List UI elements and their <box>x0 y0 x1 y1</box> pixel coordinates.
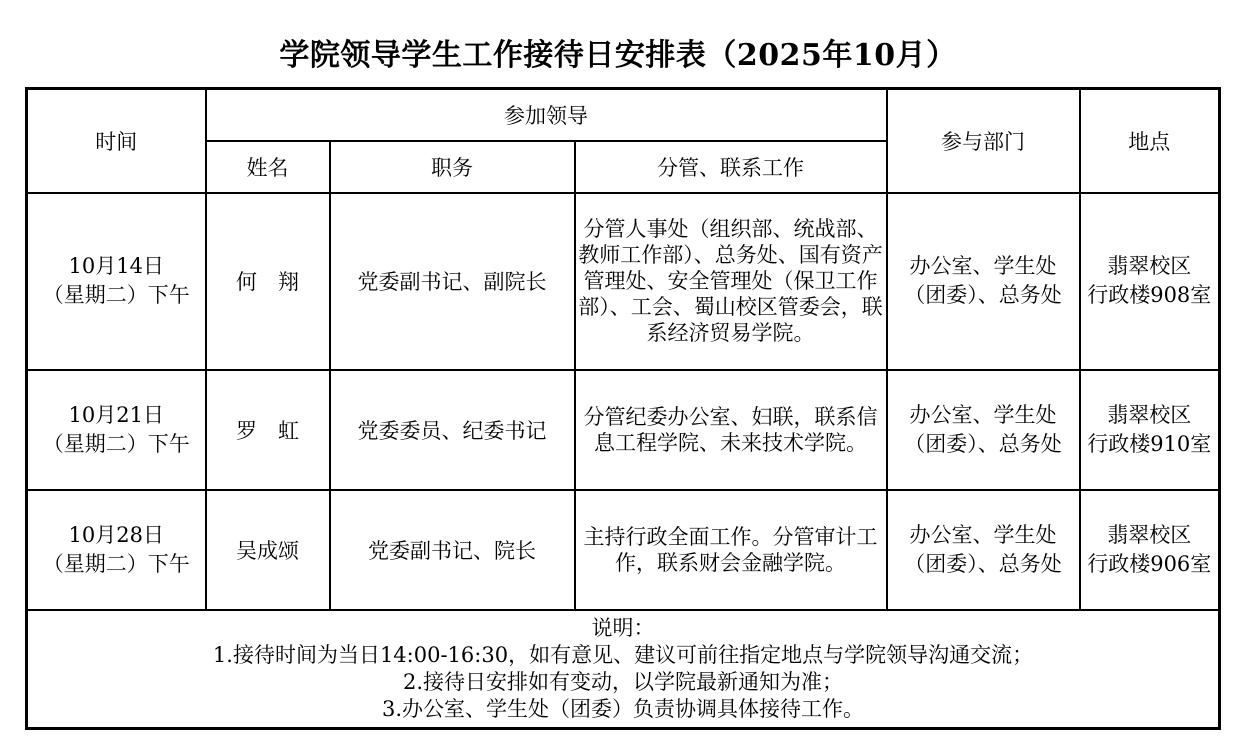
header-location: 地点 <box>1080 89 1220 193</box>
departments-cell: 办公室、学生处 （团委）、总务处 <box>887 193 1080 370</box>
notes-row: 说明： 1.接待时间为当日14:00-16:30，如有意见、建议可前往指定地点与… <box>27 610 1220 729</box>
leader-duties: 主持行政全面工作。分管审计工作，联系财会金融学院。 <box>575 490 887 610</box>
header-name: 姓名 <box>206 141 330 193</box>
location-room: 行政楼910室 <box>1083 430 1217 459</box>
weekday-text: （星期二）下午 <box>30 550 203 579</box>
leader-position: 党委副书记、院长 <box>330 490 575 610</box>
departments-line: 办公室、学生处 <box>890 252 1077 281</box>
departments-line: （团委）、总务处 <box>890 281 1077 310</box>
time-cell: 10月28日 （星期二）下午 <box>27 490 206 610</box>
note-item: 3.办公室、学生处（团委）负责协调具体接待工作。 <box>30 696 1216 723</box>
departments-line: 办公室、学生处 <box>890 401 1077 430</box>
leader-name: 何 翔 <box>206 193 330 370</box>
location-cell: 翡翠校区 行政楼910室 <box>1080 370 1220 490</box>
table-row: 10月14日 （星期二）下午 何 翔 党委副书记、副院长 分管人事处（组织部、统… <box>27 193 1220 370</box>
departments-cell: 办公室、学生处 （团委）、总务处 <box>887 370 1080 490</box>
leader-position: 党委委员、纪委书记 <box>330 370 575 490</box>
leader-duties: 分管人事处（组织部、统战部、教师工作部）、总务处、国有资产管理处、安全管理处（保… <box>575 193 887 370</box>
departments-line: 办公室、学生处 <box>890 521 1077 550</box>
departments-cell: 办公室、学生处 （团委）、总务处 <box>887 490 1080 610</box>
location-room: 行政楼908室 <box>1083 281 1217 310</box>
note-item: 2.接待日安排如有变动，以学院最新通知为准； <box>30 669 1216 696</box>
document-page: 学院领导学生工作接待日安排表（2025年10月） 时间 参加领导 参与部门 地点… <box>0 0 1236 750</box>
date-text: 10月28日 <box>30 521 203 550</box>
location-campus: 翡翠校区 <box>1083 252 1217 281</box>
notes-label: 说明： <box>30 615 1216 642</box>
leader-duties: 分管纪委办公室、妇联，联系信息工程学院、未来技术学院。 <box>575 370 887 490</box>
time-cell: 10月14日 （星期二）下午 <box>27 193 206 370</box>
header-time: 时间 <box>27 89 206 193</box>
weekday-text: （星期二）下午 <box>30 281 203 310</box>
departments-line: （团委）、总务处 <box>890 550 1077 579</box>
weekday-text: （星期二）下午 <box>30 430 203 459</box>
leader-position: 党委副书记、副院长 <box>330 193 575 370</box>
reception-schedule-table: 时间 参加领导 参与部门 地点 姓名 职务 分管、联系工作 10月14日 （星期… <box>25 87 1221 730</box>
leader-name: 罗 虹 <box>206 370 330 490</box>
time-cell: 10月21日 （星期二）下午 <box>27 370 206 490</box>
header-departments: 参与部门 <box>887 89 1080 193</box>
table-row: 10月21日 （星期二）下午 罗 虹 党委委员、纪委书记 分管纪委办公室、妇联，… <box>27 370 1220 490</box>
header-duties: 分管、联系工作 <box>575 141 887 193</box>
leader-name: 吴成颂 <box>206 490 330 610</box>
header-row-top: 时间 参加领导 参与部门 地点 <box>27 89 1220 141</box>
location-cell: 翡翠校区 行政楼908室 <box>1080 193 1220 370</box>
location-cell: 翡翠校区 行政楼906室 <box>1080 490 1220 610</box>
table-row: 10月28日 （星期二）下午 吴成颂 党委副书记、院长 主持行政全面工作。分管审… <box>27 490 1220 610</box>
note-item: 1.接待时间为当日14:00-16:30，如有意见、建议可前往指定地点与学院领导… <box>30 642 1216 669</box>
departments-line: （团委）、总务处 <box>890 430 1077 459</box>
location-campus: 翡翠校区 <box>1083 521 1217 550</box>
date-text: 10月21日 <box>30 401 203 430</box>
header-leaders-group: 参加领导 <box>206 89 887 141</box>
location-campus: 翡翠校区 <box>1083 401 1217 430</box>
location-room: 行政楼906室 <box>1083 550 1217 579</box>
header-position: 职务 <box>330 141 575 193</box>
date-text: 10月14日 <box>30 252 203 281</box>
page-title: 学院领导学生工作接待日安排表（2025年10月） <box>0 30 1236 74</box>
notes-cell: 说明： 1.接待时间为当日14:00-16:30，如有意见、建议可前往指定地点与… <box>27 610 1220 729</box>
